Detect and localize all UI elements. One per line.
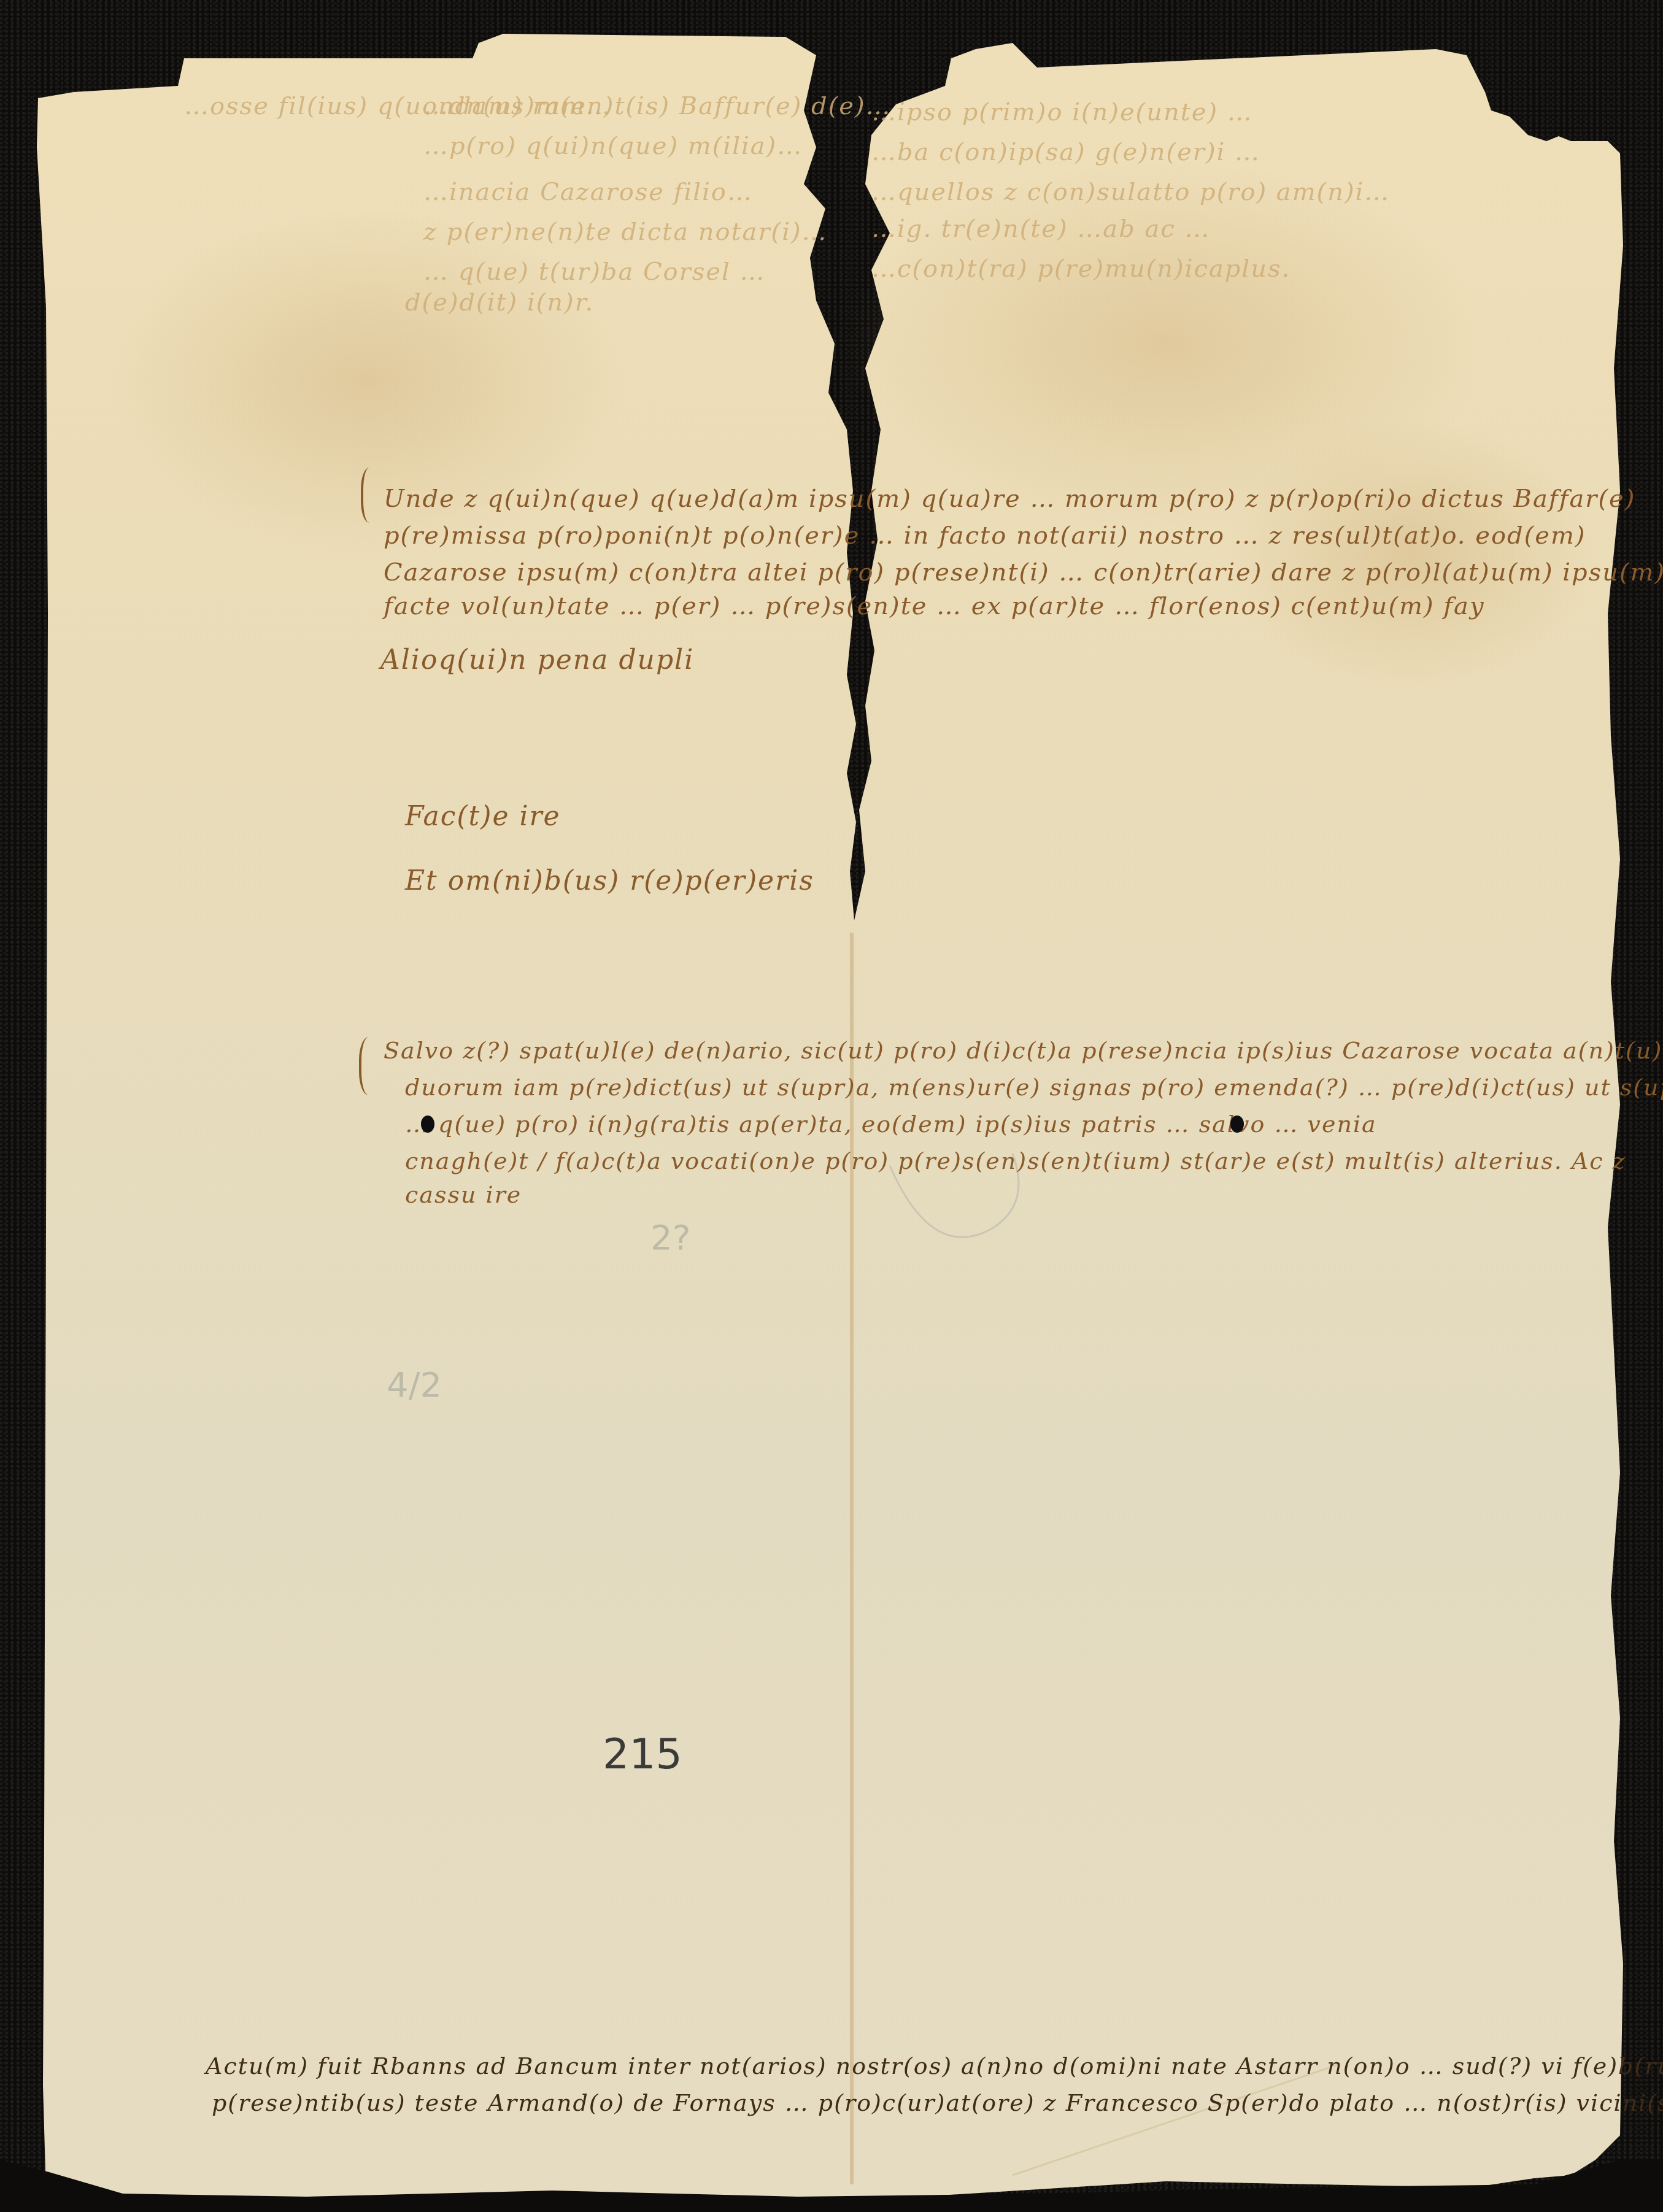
para2-line-5: cassu ire xyxy=(405,1181,522,1208)
paragraph-mark xyxy=(361,468,382,523)
top-left-line-2: …p(ro) q(ui)n(que) m(ilia)… xyxy=(423,132,803,160)
pencil-mark-center: 2? xyxy=(650,1218,690,1258)
top-right-line-1: …ipso p(rim)o i(n)e(unte) … xyxy=(871,98,1253,126)
top-note: d(e)d(it) i(n)r. xyxy=(405,288,594,317)
paragraph-mark-2 xyxy=(359,1037,383,1095)
para1-line-3: Cazarose ipsu(m) c(on)tra altei p(ro) p(… xyxy=(384,558,1663,587)
entry-facte-ire: Fac(t)e ire xyxy=(405,801,561,832)
top-left-line-5: … q(ue) t(ur)ba Corsel … xyxy=(423,258,766,286)
para2-line-1: Salvo z(?) spat(u)l(e) de(n)ario, sic(ut… xyxy=(384,1037,1663,1064)
footer-line-2: p(rese)ntib(us) teste Armand(o) de Forna… xyxy=(212,2089,1663,2116)
top-left-line-3: …inacia Cazarose filio… xyxy=(423,178,753,206)
para1-line-4: facte vol(un)tate … p(er) … p(re)s(en)te… xyxy=(384,592,1484,620)
para1-line-1: Unde z q(ui)n(que) q(ue)d(a)m ipsu(m) q(… xyxy=(384,485,1635,513)
top-right-line-4: …ig. tr(e)n(te) …ab ac … xyxy=(871,215,1210,243)
top-right-line-3: …quellos z c(on)sulatto p(ro) am(n)i… xyxy=(871,178,1390,206)
top-left-line-1: …dn(us)m(en)t(is) Baffur(e) d(e)… xyxy=(423,92,892,120)
folio-number: 215 xyxy=(603,1730,682,1779)
para2-line-2: duorum iam p(re)dict(us) ut s(upr)a, m(e… xyxy=(405,1074,1663,1101)
binding-hole-right xyxy=(1230,1116,1244,1133)
paper-shape xyxy=(0,0,1663,2212)
top-right-line-2: …ba c(on)ip(sa) g(e)n(er)i … xyxy=(871,138,1260,166)
top-right-line-5: …c(on)t(ra) p(re)mu(n)icaplus. xyxy=(871,255,1291,283)
pencil-mark-left: 4/2 xyxy=(387,1365,442,1405)
top-left-line-4: z p(er)ne(n)te dicta notar(i)… xyxy=(423,218,828,246)
manuscript-leaf: …osse fil(ius) q(uondam) ram… …dn(us)m(e… xyxy=(0,0,1663,2212)
entry-et-omnibus: Et om(ni)b(us) r(e)p(er)eris xyxy=(405,865,814,896)
binding-hole-left xyxy=(421,1116,434,1133)
para1-line-2: p(re)missa p(ro)poni(n)t p(o)n(er)e … in… xyxy=(384,522,1586,550)
para2-line-4: cnagh(e)t / f(a)c(t)a vocati(on)e p(ro) … xyxy=(405,1147,1626,1174)
footer-line-1: Actu(m) fuit Rbanns ad Bancum inter not(… xyxy=(206,2052,1663,2079)
entry-alioquin: Alioq(ui)n pena dupli xyxy=(380,644,694,676)
